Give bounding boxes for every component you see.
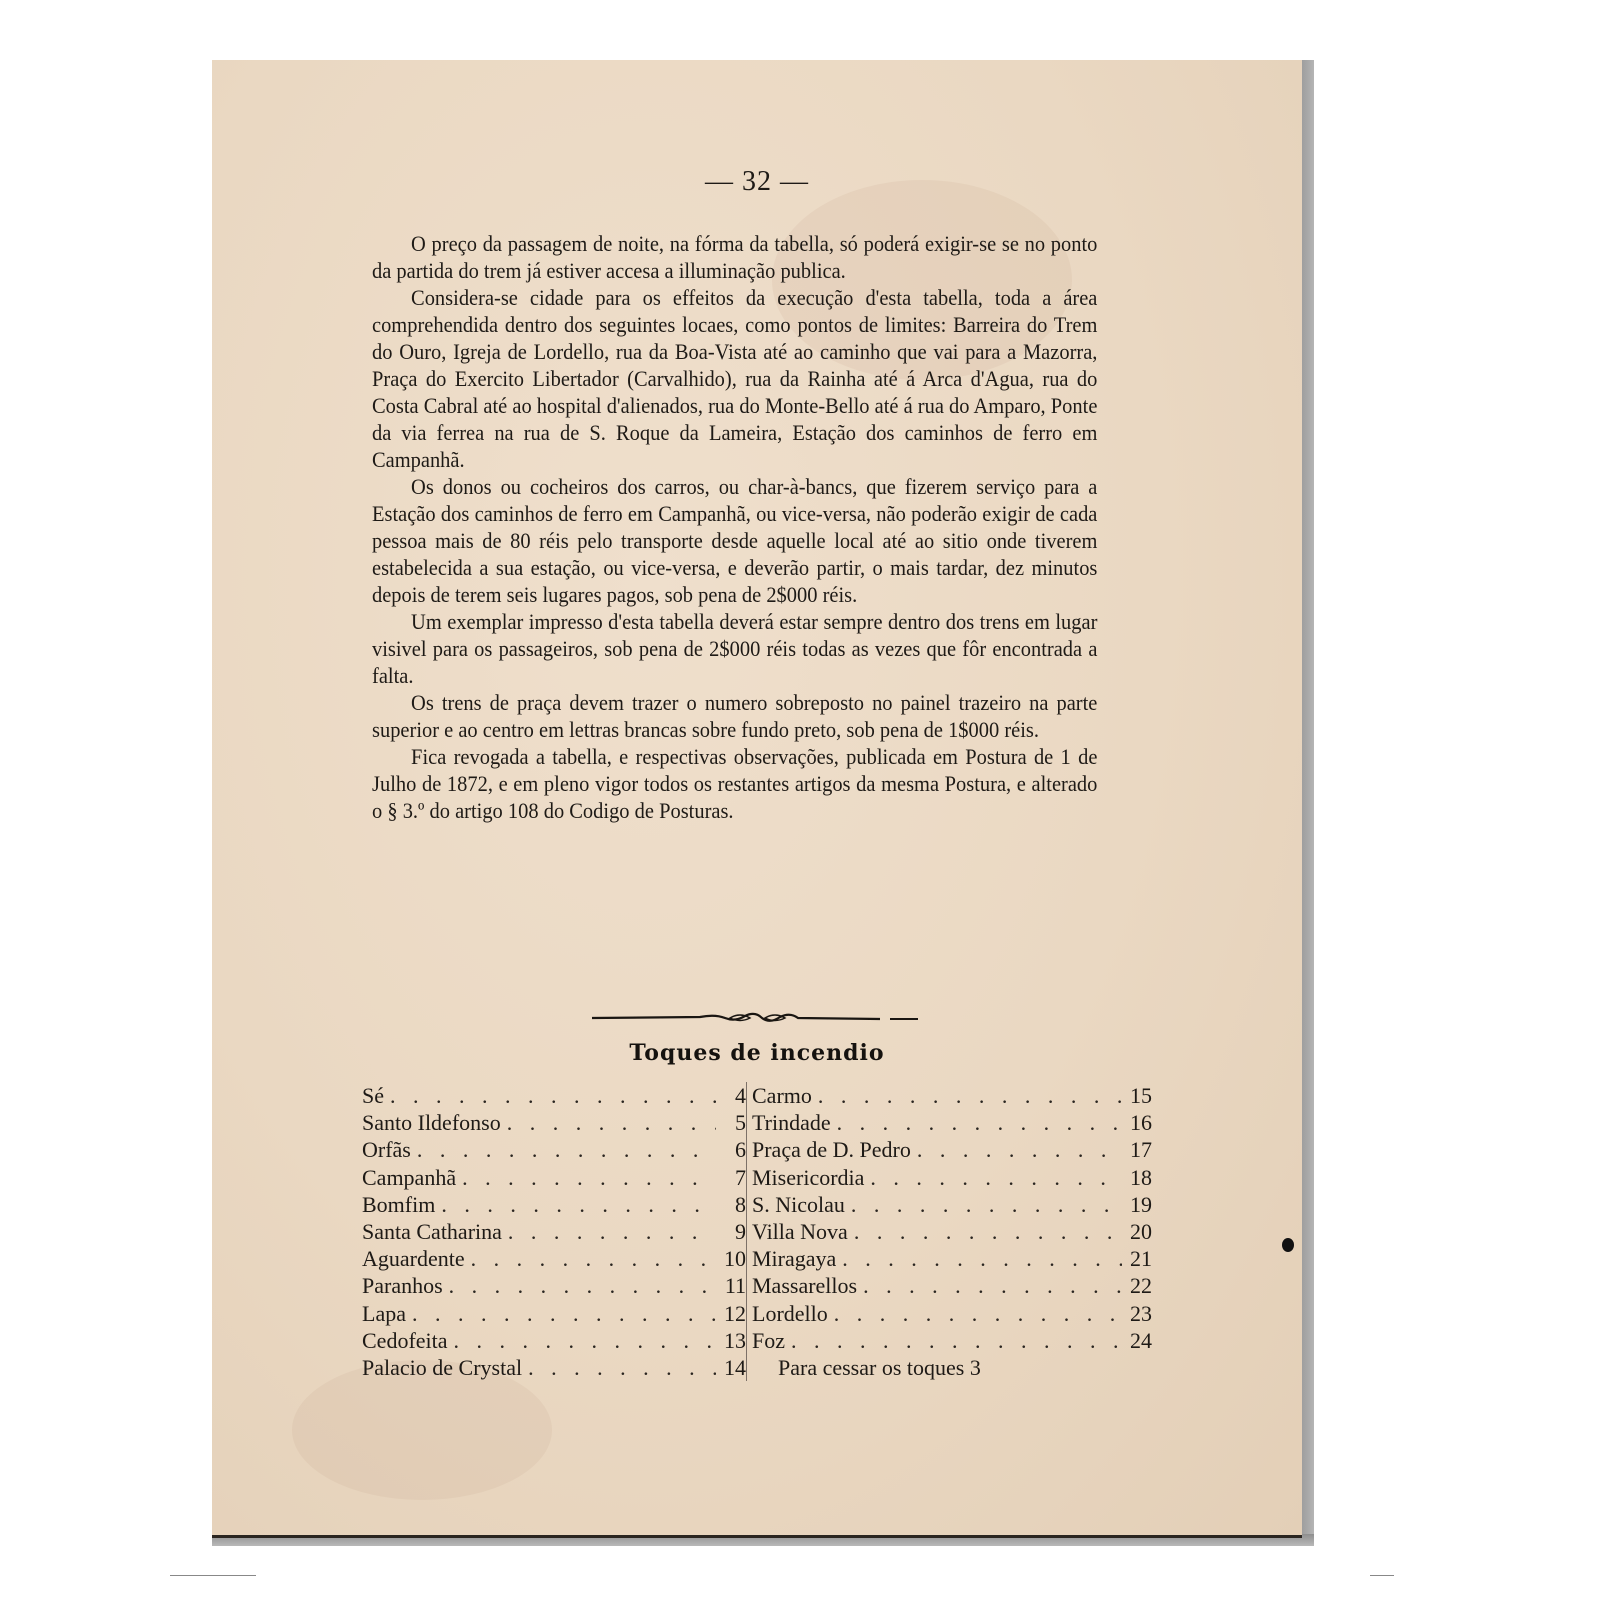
- paragraph: Os trens de praça devem trazer o numero …: [372, 689, 1097, 743]
- table-row: Lapa. . . . . . . . . . . . . . . . . . …: [362, 1300, 746, 1327]
- table-column-right: Carmo. . . . . . . . . . . . . . . . . .…: [752, 1082, 1152, 1381]
- table-row: Misericordia. . . . . . . . . . . . . . …: [752, 1164, 1152, 1191]
- table-row: Santo Ildefonso. . . . . . . . . . . . .…: [362, 1109, 746, 1136]
- stop-signal-row: Para cessar os toques 3: [752, 1354, 1152, 1381]
- table-row: Carmo. . . . . . . . . . . . . . . . . .…: [752, 1082, 1152, 1109]
- paragraph: Fica revogada a tabella, e respectivas o…: [372, 743, 1097, 824]
- table-row: Santa Catharina. . . . . . . . . . . . .…: [362, 1218, 746, 1245]
- edge-mark: [170, 1575, 256, 1576]
- table-row: S. Nicolau. . . . . . . . . . . . . . . …: [752, 1191, 1152, 1218]
- table-row: Paranhos. . . . . . . . . . . . . . . . …: [362, 1272, 746, 1299]
- table-row: Miragaya. . . . . . . . . . . . . . . . …: [752, 1245, 1152, 1272]
- table-row: Bomfim. . . . . . . . . . . . . . . . . …: [362, 1191, 746, 1218]
- table-row: Villa Nova. . . . . . . . . . . . . . . …: [752, 1218, 1152, 1245]
- table-row: Praça de D. Pedro. . . . . . . . . . . .…: [752, 1136, 1152, 1163]
- table-row: Trindade. . . . . . . . . . . . . . . . …: [752, 1109, 1152, 1136]
- page-number: — 32 —: [212, 166, 1302, 198]
- table-row: Palacio de Crystal. . . . . . . . . . . …: [362, 1354, 746, 1381]
- table-row: Orfãs. . . . . . . . . . . . . . . . . .…: [362, 1136, 746, 1163]
- table-row: Aguardente. . . . . . . . . . . . . . . …: [362, 1245, 746, 1272]
- paragraph: Considera-se cidade para os effeitos da …: [372, 284, 1097, 473]
- table-row: Campanhã. . . . . . . . . . . . . . . . …: [362, 1164, 746, 1191]
- paragraph: Os donos ou cocheiros dos carros, ou cha…: [372, 473, 1097, 608]
- table-row: Massarellos. . . . . . . . . . . . . . .…: [752, 1272, 1152, 1299]
- scanned-page: — 32 — O preço da passagem de noite, na …: [212, 60, 1302, 1538]
- table-row: Lordello. . . . . . . . . . . . . . . . …: [752, 1300, 1152, 1327]
- body-text: O preço da passagem de noite, na fórma d…: [372, 230, 1097, 824]
- table-row: Cedofeita. . . . . . . . . . . . . . . .…: [362, 1327, 746, 1354]
- edge-mark: [1370, 1575, 1394, 1576]
- paper-hole: [1282, 1238, 1294, 1252]
- paragraph: O preço da passagem de noite, na fórma d…: [372, 230, 1097, 284]
- ornament-divider-icon: [590, 1008, 920, 1028]
- table-row: Foz. . . . . . . . . . . . . . . . . . .…: [752, 1327, 1152, 1354]
- table-column-left: Sé. . . . . . . . . . . . . . . . . . . …: [362, 1082, 747, 1381]
- section-title: Toques de incendio: [212, 1040, 1302, 1066]
- table-row: Sé. . . . . . . . . . . . . . . . . . . …: [362, 1082, 746, 1109]
- paragraph: Um exemplar impresso d'esta tabella deve…: [372, 608, 1097, 689]
- page-shadow-right: [1300, 60, 1314, 1542]
